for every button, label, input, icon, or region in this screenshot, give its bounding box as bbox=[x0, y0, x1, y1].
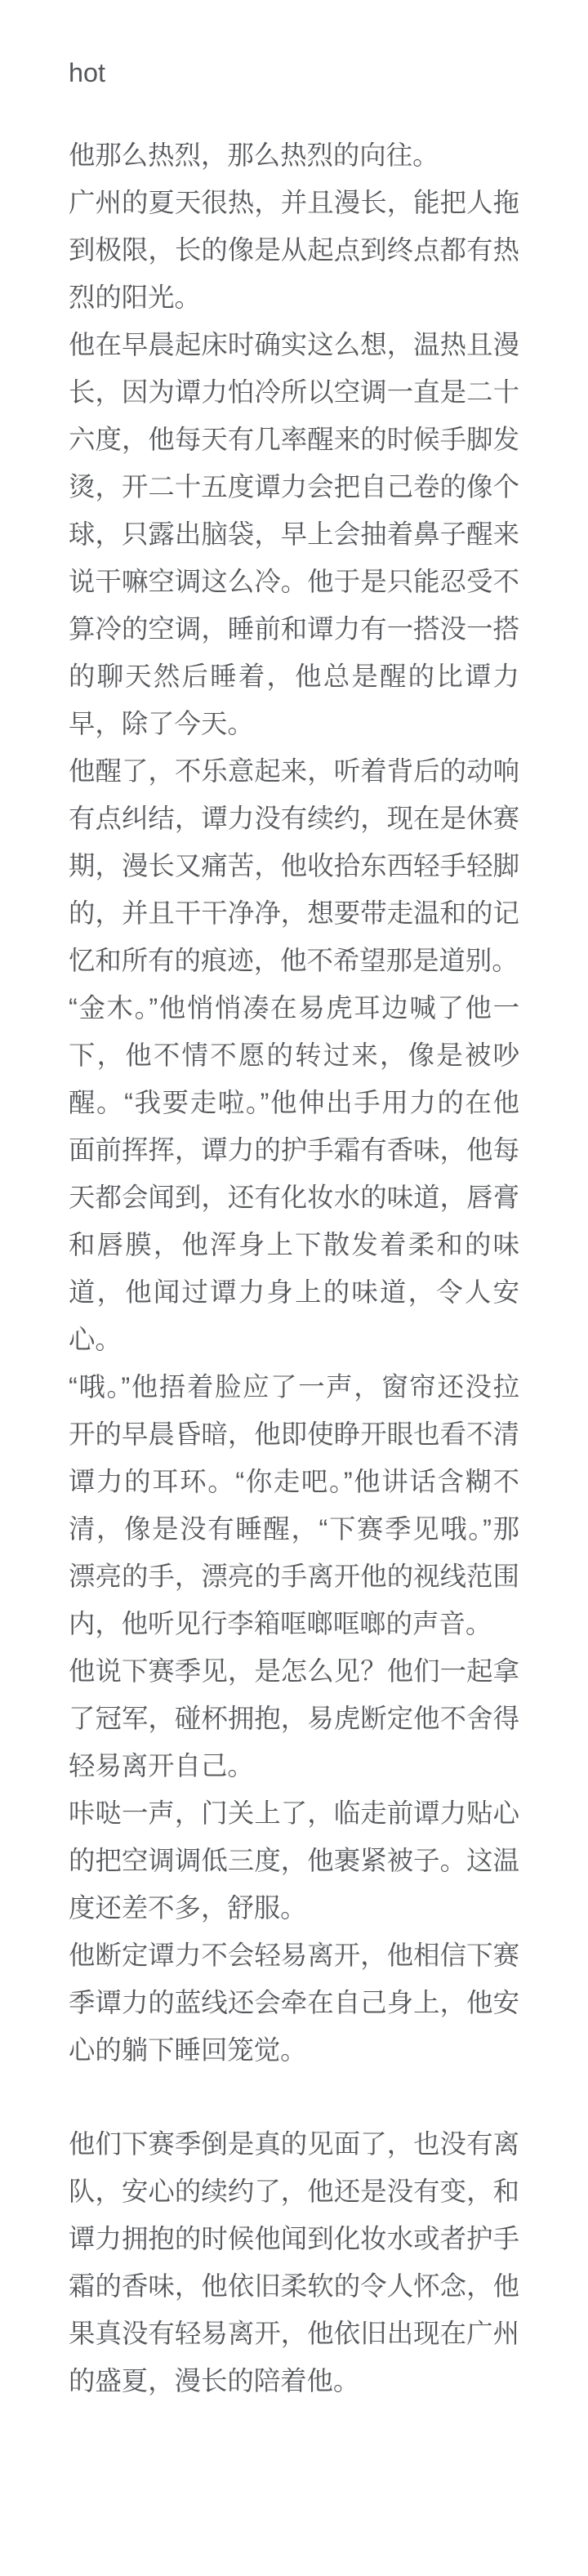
story-paragraph: 咔哒一声，门关上了，临走前谭力贴心的把空调调低三度，他裹紧被子。这温度还差不多，… bbox=[69, 1789, 519, 1932]
story-paragraph: “哦。”他捂着脸应了一声，窗帘还没拉开的早晨昏暗，他即使睁开眼也看不清谭力的耳环… bbox=[69, 1363, 519, 1647]
story-page: hot 他那么热烈，那么热烈的向往。 广州的夏天很热，并且漫长，能把人拖到极限，… bbox=[0, 0, 588, 2576]
story-paragraph: 他们下赛季倒是真的见面了，也没有离队，安心的续约了，他还是没有变，和谭力拥抱的时… bbox=[69, 2120, 519, 2404]
page-title: hot bbox=[69, 49, 519, 96]
story-body: 他那么热烈，那么热烈的向往。 广州的夏天很热，并且漫长，能把人拖到极限，长的像是… bbox=[69, 131, 519, 2404]
story-paragraph: 他在早晨起床时确实这么想，温热且漫长，因为谭力怕冷所以空调一直是二十六度，他每天… bbox=[69, 321, 519, 747]
story-paragraph: 广州的夏天很热，并且漫长，能把人拖到极限，长的像是从起点到终点都有热烈的阳光。 bbox=[69, 179, 519, 321]
intro-line: 他那么热烈，那么热烈的向往。 bbox=[69, 131, 519, 179]
story-paragraph: 他说下赛季见，是怎么见？他们一起拿了冠军，碰杯拥抱，易虎断定他不舍得轻易离开自己… bbox=[69, 1647, 519, 1789]
story-paragraph: “金木。”他悄悄凑在易虎耳边喊了他一下，他不情不愿的转过来，像是被吵醒。“我要走… bbox=[69, 984, 519, 1363]
story-paragraph: 他醒了，不乐意起来，听着背后的动响有点纠结，谭力没有续约，现在是休赛期，漫长又痛… bbox=[69, 747, 519, 984]
story-paragraph: 他断定谭力不会轻易离开，他相信下赛季谭力的蓝线还会牵在自己身上，他安心的躺下睡回… bbox=[69, 1932, 519, 2074]
